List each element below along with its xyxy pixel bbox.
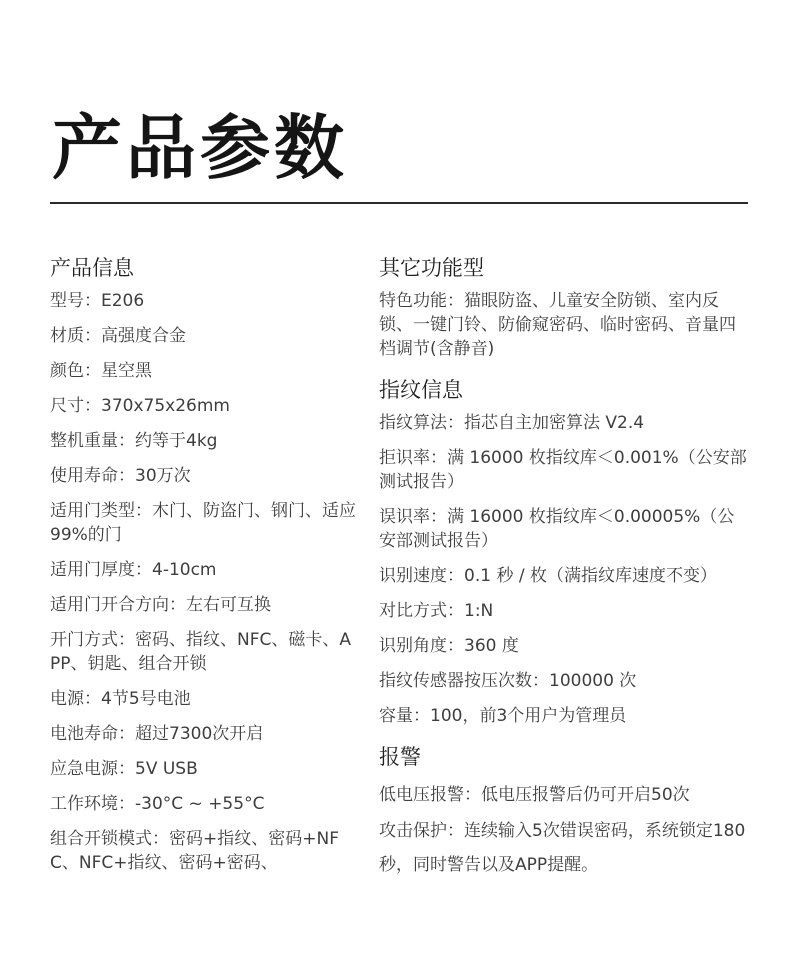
section-title-fingerprint: 指纹信息 (379, 372, 749, 408)
spec-environment: 工作环境：-30°C ~ +55°C (50, 792, 360, 816)
spec-battery-life: 电池寿命：超过7300次开启 (50, 722, 360, 746)
spec-color: 颜色：星空黑 (50, 359, 360, 383)
section-title-alarm: 报警 (379, 739, 749, 775)
spec-door-type: 适用门类型：木门、防盗门、钢门、适应99%的门 (50, 499, 360, 547)
spec-low-voltage-alarm: 低电压报警：低电压报警后仍可开启50次 (379, 778, 749, 812)
spec-special-features: 特色功能：猫眼防盗、儿童安全防锁、室内反锁、一键门铃、防偷窥密码、临时密码、音量… (379, 289, 749, 361)
features-column: 其它功能型 特色功能：猫眼防盗、儿童安全防锁、室内反锁、一键门铃、防偷窥密码、临… (379, 250, 749, 884)
spec-unlock-methods: 开门方式：密码、指纹、NFC、磁卡、APP、钥匙、组合开锁 (50, 628, 360, 676)
alarm-section: 报警 低电压报警：低电压报警后仍可开启50次 攻击保护：连续输入5次错误密码，系… (379, 739, 749, 882)
title-divider (50, 202, 748, 204)
spec-material: 材质：高强度合金 (50, 324, 360, 348)
spec-fp-algorithm: 指纹算法：指芯自主加密算法 V2.4 (379, 411, 749, 435)
spec-power: 电源：4节5号电池 (50, 687, 360, 711)
spec-door-direction: 适用门开合方向：左右可互换 (50, 593, 360, 617)
spec-emergency-power: 应急电源：5V USB (50, 757, 360, 781)
spec-fp-compare-mode: 对比方式：1:N (379, 599, 749, 623)
product-info-section: 产品信息 型号：E206 材质：高强度合金 颜色：星空黑 尺寸：370x75x2… (50, 250, 360, 875)
spec-attack-protection: 攻击保护：连续输入5次错误密码，系统锁定180秒，同时警告以及APP提醒。 (379, 814, 749, 882)
product-info-column: 产品信息 型号：E206 材质：高强度合金 颜色：星空黑 尺寸：370x75x2… (50, 250, 360, 886)
spec-dimensions: 尺寸：370x75x26mm (50, 394, 360, 418)
section-title-product-info: 产品信息 (50, 250, 360, 286)
spec-weight: 整机重量：约等于4kg (50, 429, 360, 453)
fingerprint-section: 指纹信息 指纹算法：指芯自主加密算法 V2.4 拒识率：满 16000 枚指纹库… (379, 372, 749, 728)
spec-fp-frr: 拒识率：满 16000 枚指纹库＜0.001%（公安部测试报告） (379, 446, 749, 494)
spec-fp-angle: 识别角度：360 度 (379, 634, 749, 658)
spec-combo-mode: 组合开锁模式：密码+指纹、密码+NFC、NFC+指纹、密码+密码、 (50, 827, 360, 875)
other-features-section: 其它功能型 特色功能：猫眼防盗、儿童安全防锁、室内反锁、一键门铃、防偷窥密码、临… (379, 250, 749, 361)
spec-lifespan: 使用寿命：30万次 (50, 464, 360, 488)
spec-model: 型号：E206 (50, 289, 360, 313)
spec-fp-capacity: 容量：100，前3个用户为管理员 (379, 704, 749, 728)
page-title: 产品参数 (52, 100, 348, 196)
spec-fp-press-count: 指纹传感器按压次数：100000 次 (379, 669, 749, 693)
section-title-other-features: 其它功能型 (379, 250, 749, 286)
spec-fp-far: 误识率：满 16000 枚指纹库＜0.00005%（公安部测试报告） (379, 505, 749, 553)
spec-door-thickness: 适用门厚度：4-10cm (50, 558, 360, 582)
spec-fp-speed: 识别速度：0.1 秒 / 枚（满指纹库速度不变） (379, 564, 749, 588)
